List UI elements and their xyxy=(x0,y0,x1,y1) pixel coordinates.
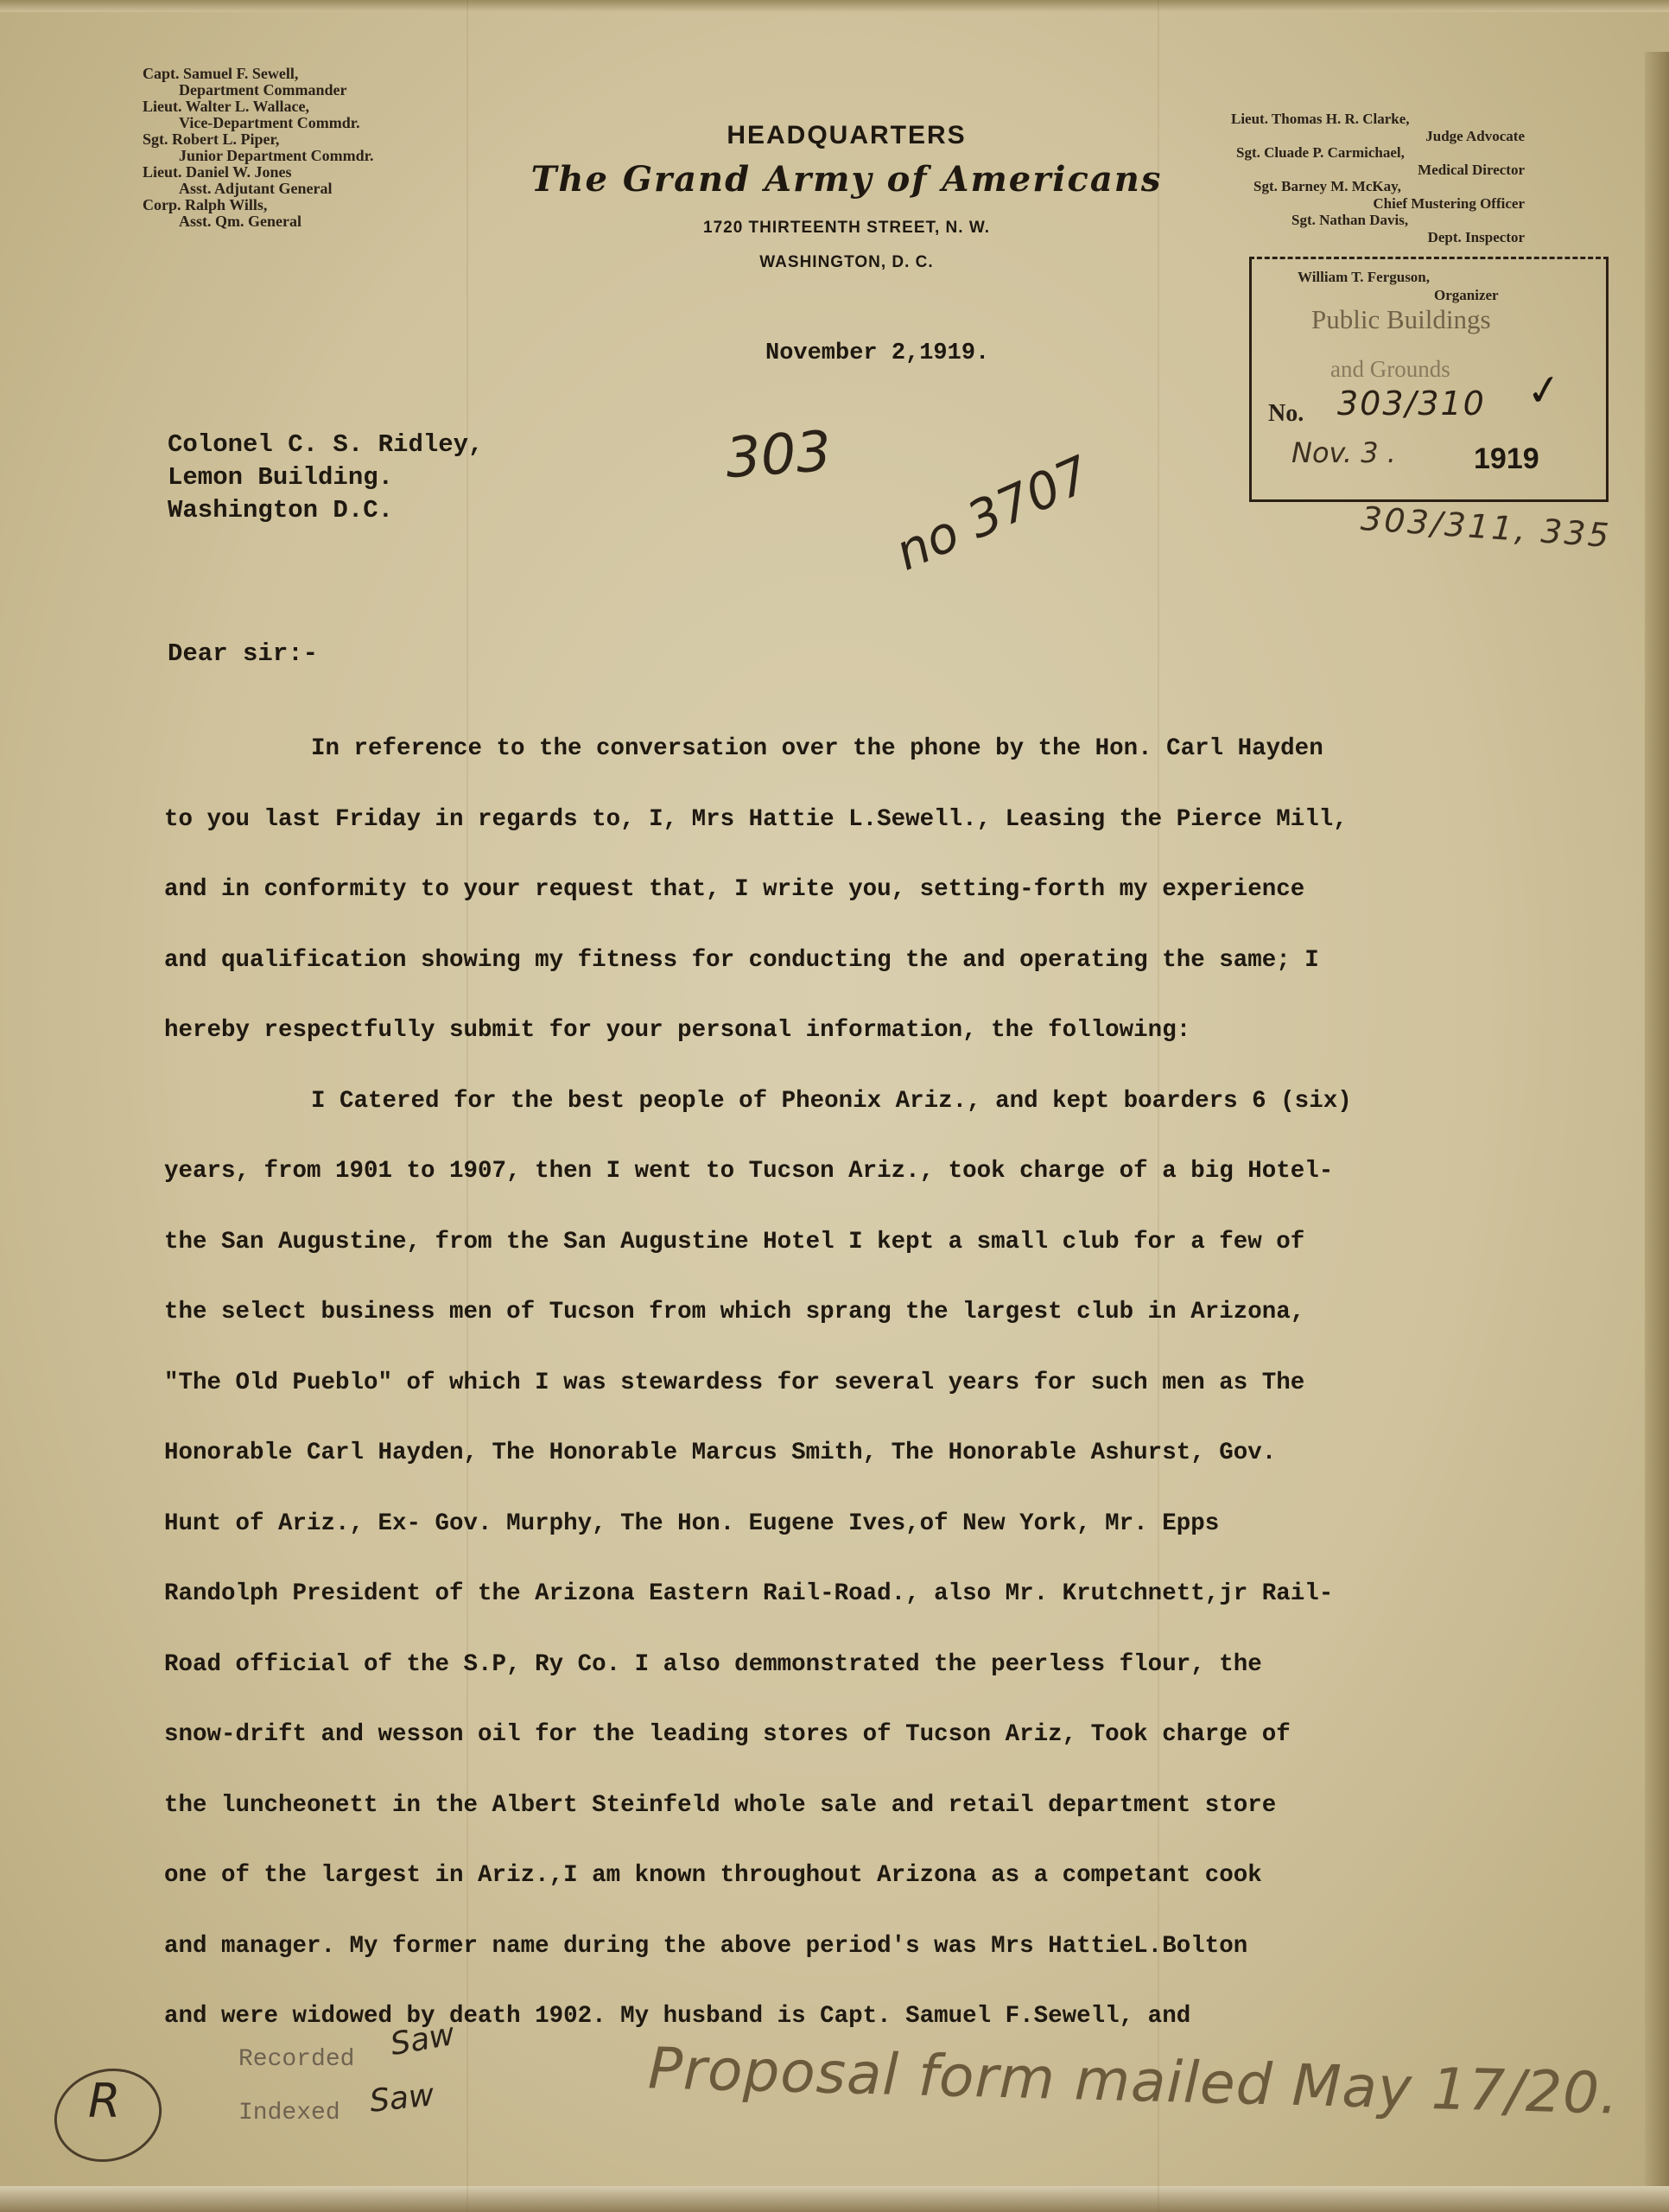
officer-name: Lieut. Walter L. Wallace, xyxy=(143,99,454,115)
officer-entry: Lieut. Walter L. Wallace,Vice-Department… xyxy=(143,99,454,131)
officer-name: Sgt. Nathan Davis, xyxy=(1231,212,1525,229)
body-line: I Catered for the best people of Pheonix… xyxy=(164,1066,1581,1137)
officer-entry: Corp. Ralph Wills,Asst. Qm. General xyxy=(143,197,454,230)
handwritten-no-3707: no 3707 xyxy=(886,444,1098,582)
paper-edge-right xyxy=(1645,52,1669,2212)
officer-name: Lieut. Thomas H. R. Clarke, xyxy=(1231,111,1525,128)
stamp-date: Nov. 3 . xyxy=(1291,436,1396,469)
officer-title: Department Commander xyxy=(143,82,454,99)
officer-entry: Sgt. Barney M. McKay,Chief Mustering Off… xyxy=(1231,178,1525,212)
paper-edge-top xyxy=(0,0,1669,12)
officer-title: Medical Director xyxy=(1231,162,1525,179)
stamp-year: 1919 xyxy=(1474,442,1539,476)
body-line: and in conformity to your request that, … xyxy=(164,855,1581,925)
officer-name: Capt. Samuel F. Sewell, xyxy=(143,66,454,82)
officer-entry: Lieut. Daniel W. JonesAsst. Adjutant Gen… xyxy=(143,164,454,197)
officer-name: Sgt. Cluade P. Carmichael, xyxy=(1231,144,1525,162)
body-line: and qualification showing my fitness for… xyxy=(164,925,1581,996)
body-line: Hunt of Ariz., Ex- Gov. Murphy, The Hon.… xyxy=(164,1489,1581,1560)
officer-title: Chief Mustering Officer xyxy=(1231,195,1525,213)
body-line: "The Old Pueblo" of which I was stewarde… xyxy=(164,1348,1581,1419)
officer-title: Asst. Qm. General xyxy=(143,213,454,230)
letter-date: November 2,1919. xyxy=(765,340,989,366)
officer-title: Asst. Adjutant General xyxy=(143,181,454,197)
recipient-line: Washington D.C. xyxy=(168,494,483,527)
letter-body: In reference to the conversation over th… xyxy=(164,714,1581,2052)
officer-entry: Sgt. Cluade P. Carmichael,Medical Direct… xyxy=(1231,144,1525,178)
letterhead: HEADQUARTERS The Grand Army of Americans… xyxy=(518,121,1175,272)
body-line: In reference to the conversation over th… xyxy=(164,714,1581,785)
recipient-line: Lemon Building. xyxy=(168,461,483,494)
officer-name: Sgt. Robert L. Piper, xyxy=(143,131,454,148)
body-line: one of the largest in Ariz.,I am known t… xyxy=(164,1840,1581,1911)
indexed-initials: Saw xyxy=(368,2077,435,2120)
body-line: Randolph President of the Arizona Easter… xyxy=(164,1559,1581,1630)
body-line: Road official of the S.P, Ry Co. I also … xyxy=(164,1630,1581,1700)
salutation: Dear sir:- xyxy=(168,639,318,668)
body-line: the San Augustine, from the San Augustin… xyxy=(164,1207,1581,1278)
body-line: the select business men of Tucson from w… xyxy=(164,1277,1581,1348)
officer-entry: Sgt. Nathan Davis,Dept. Inspector xyxy=(1231,212,1525,245)
recorded-label: Recorded xyxy=(238,2046,354,2073)
officer-title: Judge Advocate xyxy=(1231,128,1525,145)
body-line: years, from 1901 to 1907, then I went to… xyxy=(164,1136,1581,1207)
officer-name: Corp. Ralph Wills, xyxy=(143,197,454,213)
officer-title: Dept. Inspector xyxy=(1231,229,1525,246)
stamp-office-line1: Public Buildings xyxy=(1311,304,1491,335)
body-line: and manager. My former name during the a… xyxy=(164,1911,1581,1982)
officer-title: Junior Department Commdr. xyxy=(143,148,454,164)
body-line: the luncheonett in the Albert Steinfeld … xyxy=(164,1770,1581,1841)
stamp-file-number: 303/310 xyxy=(1337,385,1486,423)
paper-edge-bottom xyxy=(0,2186,1669,2212)
officer-name: Lieut. Daniel W. Jones xyxy=(143,164,454,181)
officer-entry: Lieut. Thomas H. R. Clarke,Judge Advocat… xyxy=(1231,111,1525,144)
officer-name: William T. Ferguson, xyxy=(1298,269,1430,286)
handwritten-file-number: 303 xyxy=(724,420,834,491)
body-line: snow-drift and wesson oil for the leadin… xyxy=(164,1700,1581,1770)
street-address: 1720 THIRTEENTH STREET, N. W. xyxy=(518,219,1175,238)
officer-entry: Sgt. Robert L. Piper,Junior Department C… xyxy=(143,131,454,164)
officers-list-left: Capt. Samuel F. Sewell,Department Comman… xyxy=(143,66,454,230)
recipient-address: Colonel C. S. Ridley, Lemon Building. Wa… xyxy=(168,429,483,527)
body-line: Honorable Carl Hayden, The Honorable Mar… xyxy=(164,1418,1581,1489)
officer-title: Vice-Department Commdr. xyxy=(143,115,454,131)
body-line: hereby respectfully submit for your pers… xyxy=(164,995,1581,1066)
officer-title: Organizer xyxy=(1434,287,1499,304)
handwritten-reference-numbers: 303/311, 335 xyxy=(1360,499,1613,555)
officer-name: Sgt. Barney M. McKay, xyxy=(1231,178,1525,195)
officers-list-right: Lieut. Thomas H. R. Clarke,Judge Advocat… xyxy=(1231,111,1525,245)
city: WASHINGTON, D. C. xyxy=(518,253,1175,272)
organization-name: The Grand Army of Americans xyxy=(518,159,1175,200)
stamp-no-label: No. xyxy=(1268,400,1304,428)
r-mark-letter: R xyxy=(88,2074,121,2128)
headquarters-heading: HEADQUARTERS xyxy=(518,121,1175,150)
stamp-office-line2: and Grounds xyxy=(1330,356,1450,383)
recipient-line: Colonel C. S. Ridley, xyxy=(168,429,483,461)
officer-entry: Capt. Samuel F. Sewell,Department Comman… xyxy=(143,66,454,99)
body-line: to you last Friday in regards to, I, Mrs… xyxy=(164,785,1581,855)
indexed-label: Indexed xyxy=(238,2100,340,2126)
